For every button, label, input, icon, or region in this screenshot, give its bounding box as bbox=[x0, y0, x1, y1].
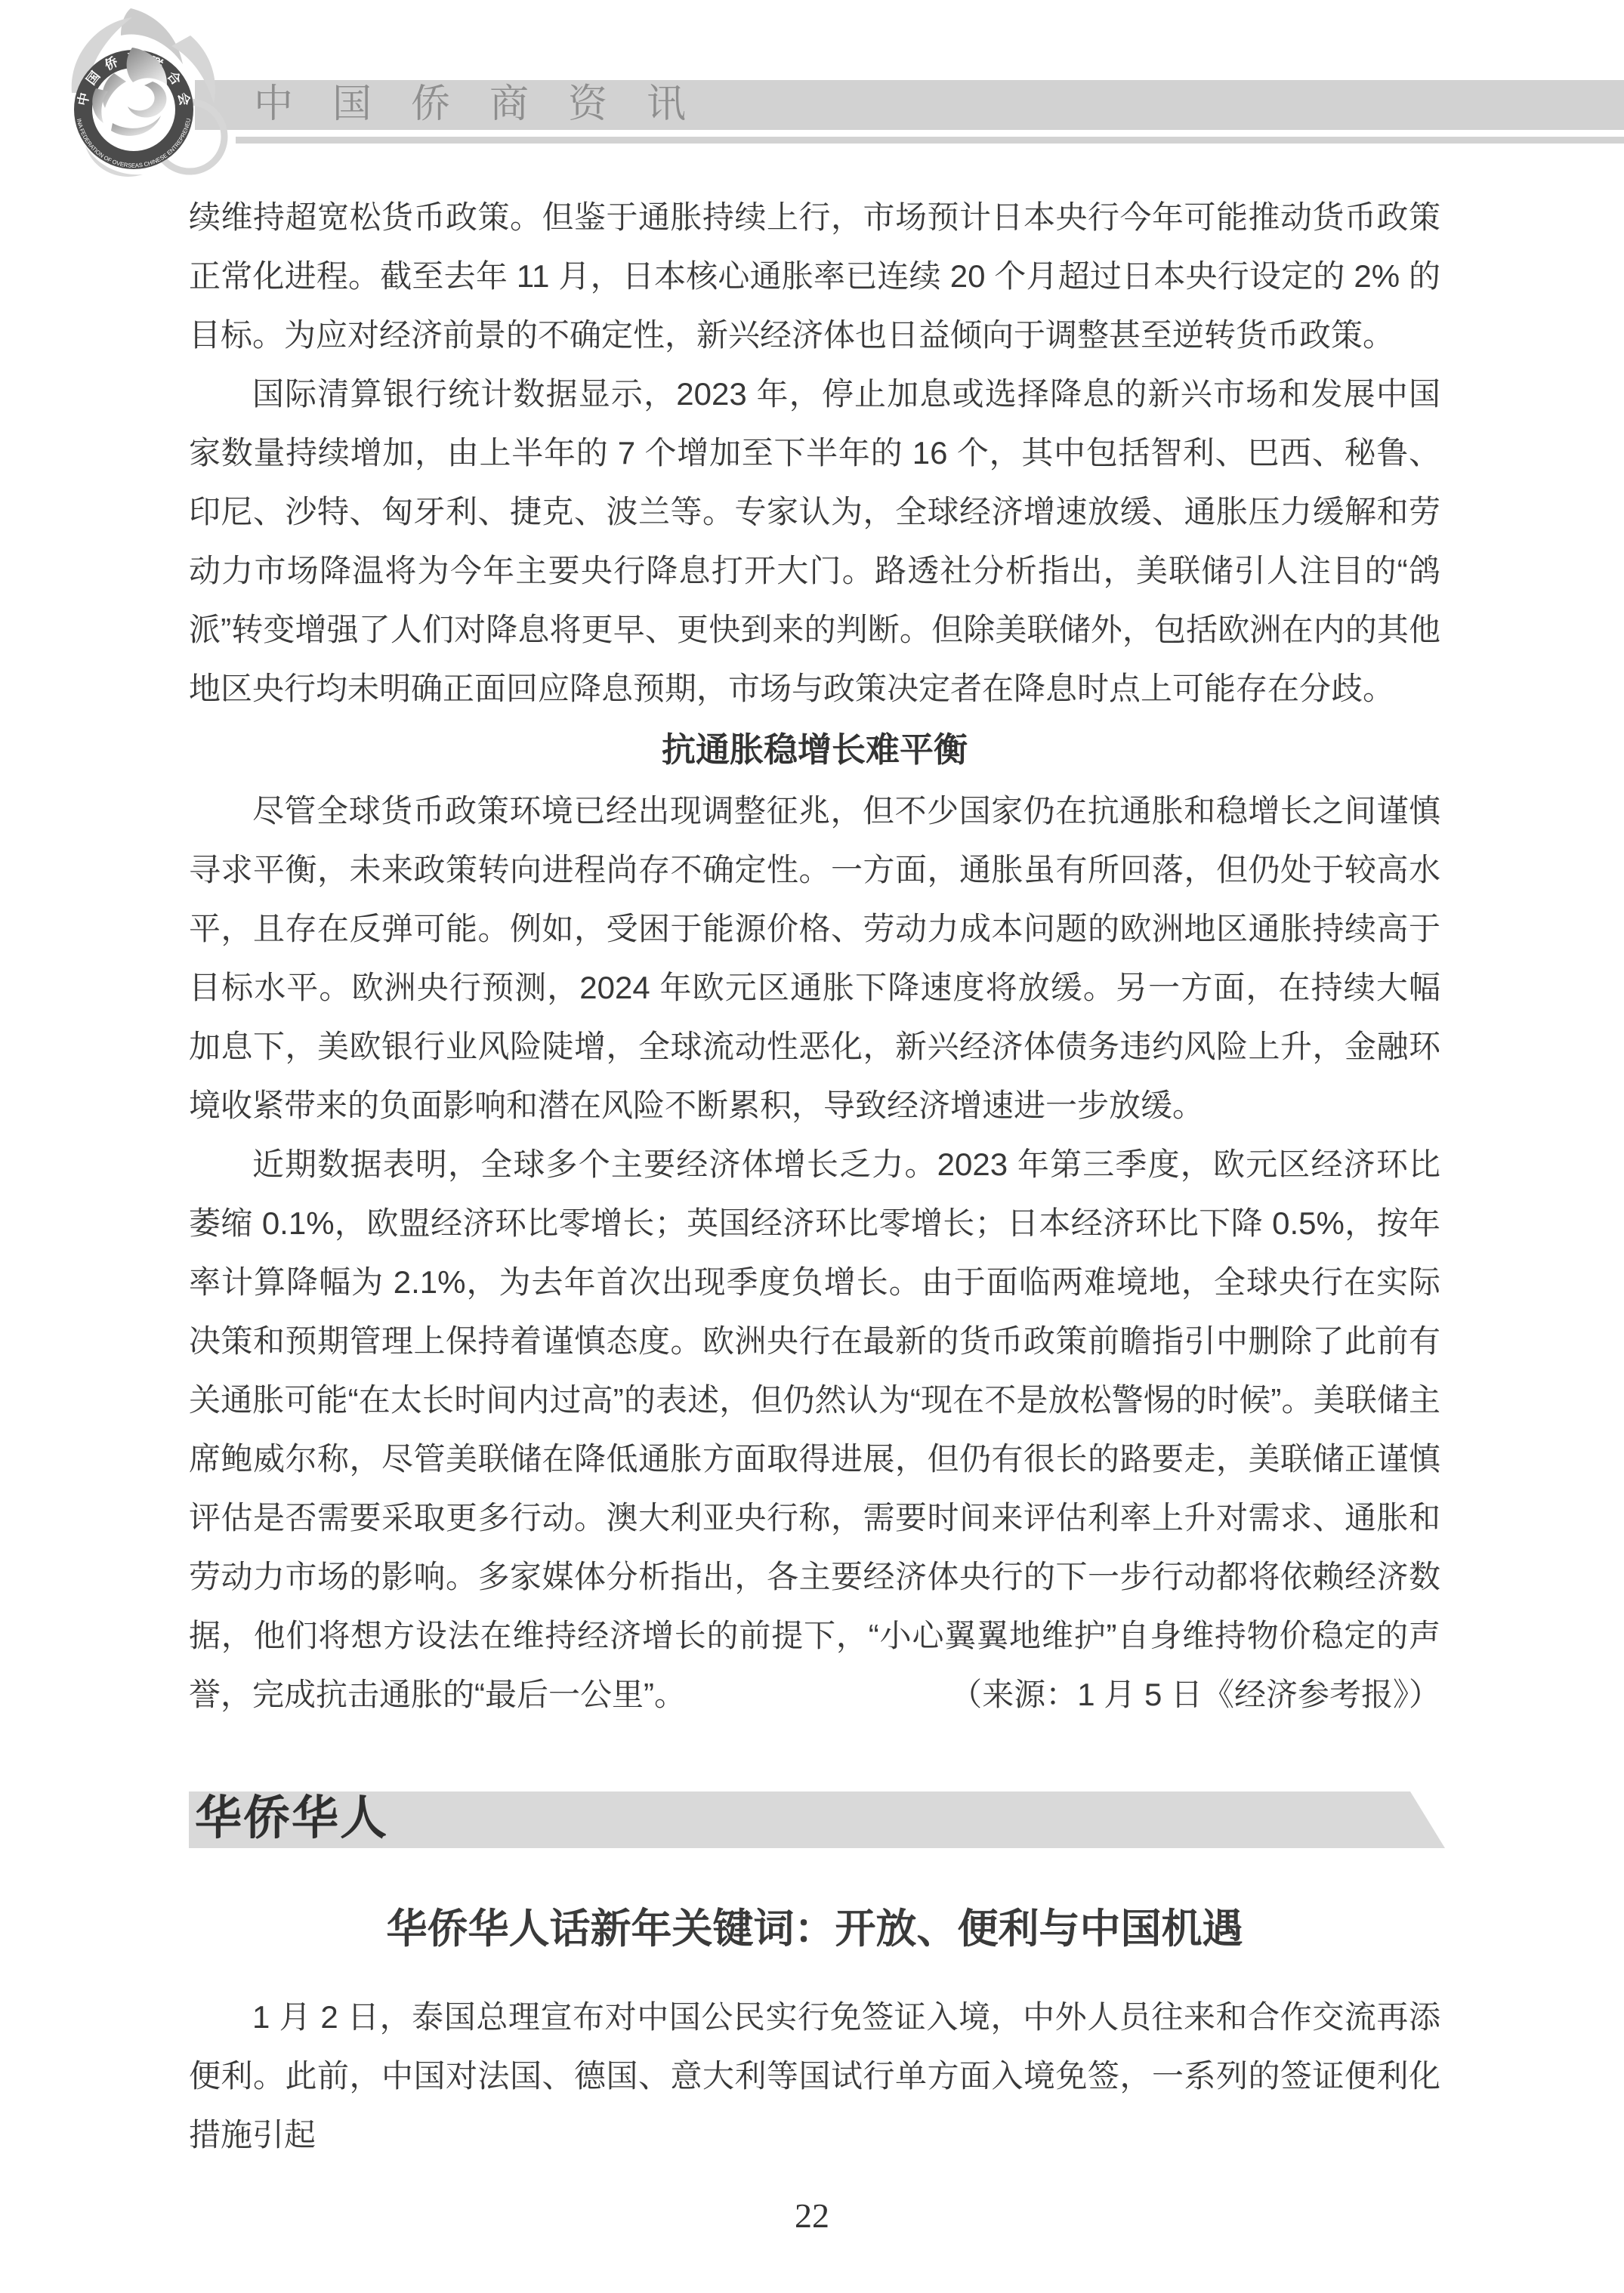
header-band-strip bbox=[236, 137, 1624, 144]
subheading-anti-inflation: 抗通胀稳增长难平衡 bbox=[189, 718, 1440, 782]
header-band: 中国侨商资讯 bbox=[195, 80, 1624, 130]
paragraph-continued: 续维持超宽松货币政策。但鉴于通胀持续上行，市场预计日本央行今年可能推动货币政策正… bbox=[189, 188, 1440, 365]
article-body: 续维持超宽松货币政策。但鉴于通胀持续上行，市场预计日本央行今年可能推动货币政策正… bbox=[189, 188, 1440, 1724]
source-credit: （来源：1 月 5 日《经济参考报》） bbox=[887, 1665, 1440, 1724]
section-banner: 华侨华人 bbox=[189, 1792, 1445, 1848]
newsletter-page: 中国侨商资讯 中国侨商联合会 CHINA FEDERATION OF OVER bbox=[0, 0, 1624, 2293]
section-banner-label: 华侨华人 bbox=[189, 1792, 1445, 1848]
page-number: 22 bbox=[0, 2198, 1624, 2234]
newsletter-masthead-title: 中国侨商资讯 bbox=[254, 80, 725, 130]
article2-body: 1 月 2 日，泰国总理宣布对中国公民实行免签证入境，中外人员往来和合作交流再添… bbox=[189, 1988, 1440, 2165]
paragraph-balance: 尽管全球货币政策环境已经出现调整征兆，但不少国家仍在抗通胀和稳增长之间谨慎寻求平… bbox=[189, 782, 1440, 1135]
paragraph-outlook: 近期数据表明，全球多个主要经济体增长乏力。2023 年第三季度，欧元区经济环比萎… bbox=[189, 1135, 1440, 1724]
paragraph-bis-data: 国际清算银行统计数据显示，2023 年，停止加息或选择降息的新兴市场和发展中国家… bbox=[189, 365, 1440, 718]
article2-title: 华侨华人话新年关键词：开放、便利与中国机遇 bbox=[189, 1906, 1440, 1952]
paragraph-outlook-text: 近期数据表明，全球多个主要经济体增长乏力。2023 年第三季度，欧元区经济环比萎… bbox=[189, 1146, 1440, 1712]
federation-logo-icon: 中国侨商联合会 CHINA FEDERATION OF OVERSEAS CHI… bbox=[42, 4, 242, 177]
paragraph-visa-free: 1 月 2 日，泰国总理宣布对中国公民实行免签证入境，中外人员往来和合作交流再添… bbox=[189, 1988, 1440, 2165]
